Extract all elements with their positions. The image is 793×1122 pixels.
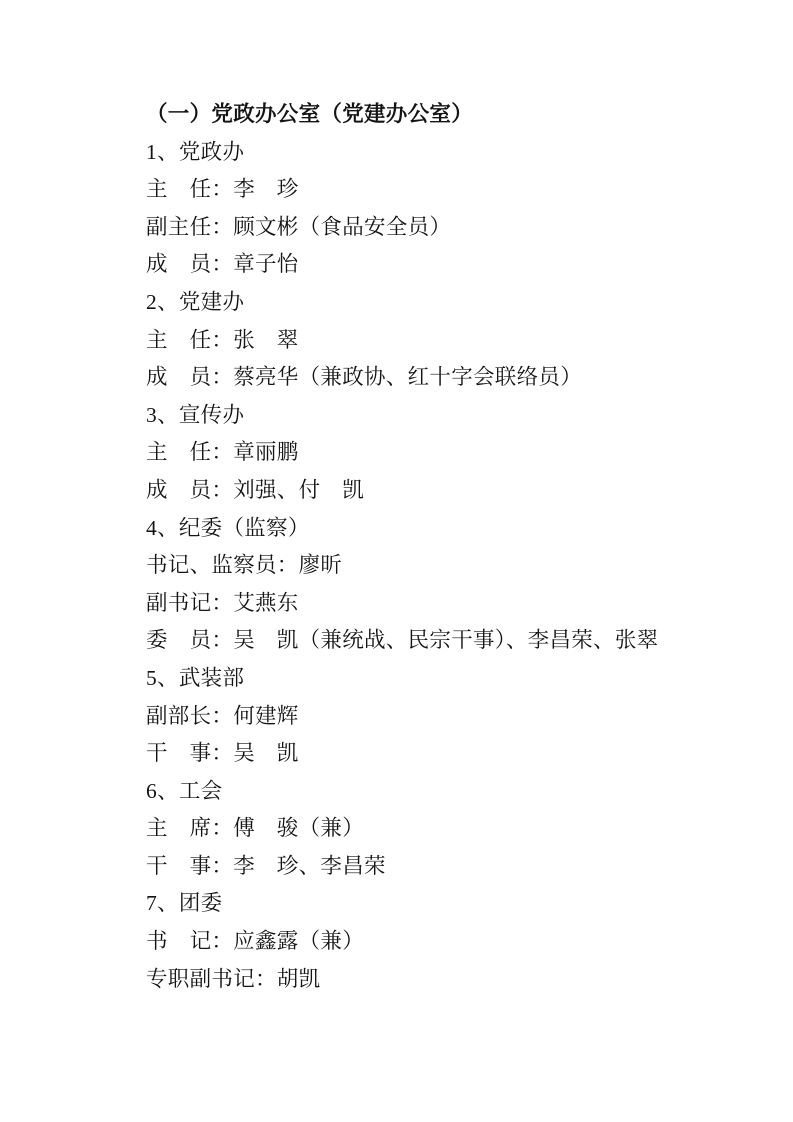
org-section-title: 7、团委 bbox=[146, 885, 746, 923]
role-line: 主 任：张 翠 bbox=[146, 322, 746, 360]
role-line: 书记、监察员：廖昕 bbox=[146, 547, 746, 585]
role-line: 主 任：李 珍 bbox=[146, 171, 746, 209]
org-section-title: 4、纪委（监察） bbox=[146, 510, 746, 548]
org-section-title: 5、武装部 bbox=[146, 660, 746, 698]
org-section-dangjianban: 2、党建办 主 任：张 翠 成 员：蔡亮华（兼政协、红十字会联络员） bbox=[146, 284, 746, 397]
org-section-title: 3、宣传办 bbox=[146, 397, 746, 435]
document-body: （一）党政办公室（党建办公室） 1、党政办 主 任：李 珍 副主任：顾文彬（食品… bbox=[146, 96, 746, 998]
role-line: 副部长：何建辉 bbox=[146, 698, 746, 736]
role-line: 成 员：章子怡 bbox=[146, 246, 746, 284]
org-section-wuzhuangbu: 5、武装部 副部长：何建辉 干 事：吴 凯 bbox=[146, 660, 746, 773]
org-section-tuanwei: 7、团委 书 记：应鑫露（兼） 专职副书记：胡凯 bbox=[146, 885, 746, 998]
role-line: 专职副书记：胡凯 bbox=[146, 961, 746, 999]
org-section-title: 6、工会 bbox=[146, 773, 746, 811]
role-line: 主 任：章丽鹏 bbox=[146, 434, 746, 472]
role-line: 成 员：蔡亮华（兼政协、红十字会联络员） bbox=[146, 359, 746, 397]
org-section-xuanchuanban: 3、宣传办 主 任：章丽鹏 成 员：刘强、付 凯 bbox=[146, 397, 746, 510]
role-line: 副书记：艾燕东 bbox=[146, 585, 746, 623]
org-section-title: 1、党政办 bbox=[146, 134, 746, 172]
role-line: 主 席：傅 骏（兼） bbox=[146, 810, 746, 848]
org-section-dangzhengban: 1、党政办 主 任：李 珍 副主任：顾文彬（食品安全员） 成 员：章子怡 bbox=[146, 134, 746, 284]
role-line: 干 事：李 珍、李昌荣 bbox=[146, 848, 746, 886]
section-heading: （一）党政办公室（党建办公室） bbox=[146, 96, 746, 134]
role-line: 书 记：应鑫露（兼） bbox=[146, 923, 746, 961]
document-page: （一）党政办公室（党建办公室） 1、党政办 主 任：李 珍 副主任：顾文彬（食品… bbox=[0, 0, 793, 1122]
org-section-title: 2、党建办 bbox=[146, 284, 746, 322]
role-line: 委 员：吴 凯（兼统战、民宗干事）、李昌荣、张翠 bbox=[146, 622, 746, 660]
role-line: 成 员：刘强、付 凯 bbox=[146, 472, 746, 510]
org-section-jiwei: 4、纪委（监察） 书记、监察员：廖昕 副书记：艾燕东 委 员：吴 凯（兼统战、民… bbox=[146, 510, 746, 660]
role-line: 副主任：顾文彬（食品安全员） bbox=[146, 209, 746, 247]
org-section-gonghui: 6、工会 主 席：傅 骏（兼） 干 事：李 珍、李昌荣 bbox=[146, 773, 746, 886]
role-line: 干 事：吴 凯 bbox=[146, 735, 746, 773]
